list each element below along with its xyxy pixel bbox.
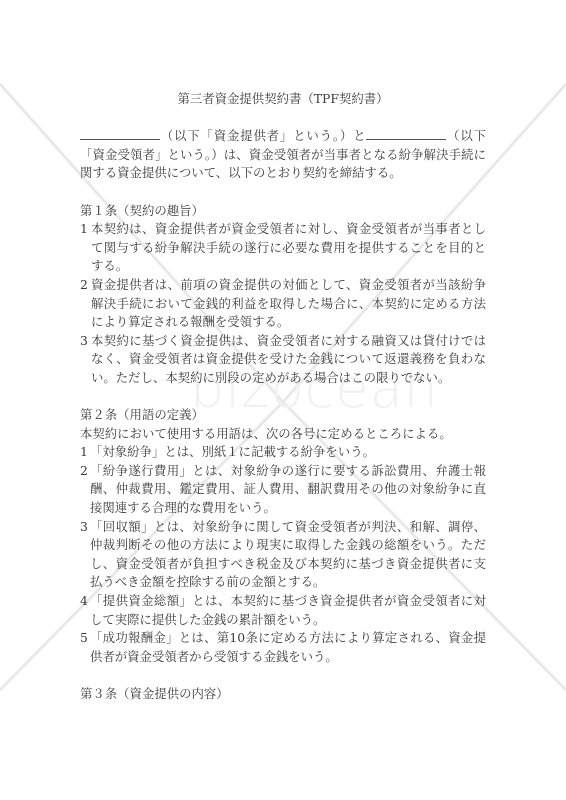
intro-text-1: （以下「資金提供者」という。）と <box>160 128 366 143</box>
item-text: 「紛争遂行費用」とは、対象紛争の遂行に要する訴訟費用、弁護士報酬、仲裁費用、鑑定… <box>90 462 486 518</box>
article-heading: 第２条（用語の定義） <box>80 406 486 425</box>
document-title: 第三者資金提供契約書（TPF契約書） <box>80 90 486 109</box>
item-text: 資金提供者は、前項の資金提供の対価として、資金受領者が当該紛争解決手続において金… <box>91 276 486 332</box>
intro-paragraph: （以下「資金提供者」という。）と（以下「資金受領者」という。）は、資金受領者が当… <box>80 127 486 183</box>
definition-item: 4 「提供資金総額」とは、本契約に基づき資金提供者が資金受領者に対して実際に提供… <box>80 592 486 629</box>
item-text: 「提供資金総額」とは、本契約に基づき資金提供者が資金受領者に対して実際に提供した… <box>90 592 486 629</box>
definition-item: 3 「回収額」とは、対象紛争に関して資金受領者が判決、和解、調停、仲裁判断その他… <box>80 518 486 592</box>
document-page: 第三者資金提供契約書（TPF契約書） （以下「資金提供者」という。）と（以下「資… <box>80 90 486 722</box>
definition-item: 5 「成功報酬金」とは、第10条に定める方法により算定される、資金提供者が資金受… <box>80 629 486 666</box>
article-1: 第１条（契約の趣旨） 1 本契約は、資金提供者が資金受領者に対し、資金受領者が当… <box>80 202 486 388</box>
article-item: 2 資金提供者は、前項の資金提供の対価として、資金受領者が当該紛争解決手続におい… <box>80 276 486 332</box>
article-3: 第３条（資金提供の内容） <box>80 685 486 704</box>
item-text: 「成功報酬金」とは、第10条に定める方法により算定される、資金提供者が資金受領者… <box>90 629 486 666</box>
item-number: 1 <box>80 220 91 276</box>
article-item: 1 本契約は、資金提供者が資金受領者に対し、資金受領者が当事者として関与する紛争… <box>80 220 486 276</box>
item-text: 本契約に基づく資金提供は、資金受領者に対する融資又は貸付けではなく、資金受領者は… <box>91 332 486 388</box>
item-text: 「対象紛争」とは、別紙１に記載する紛争をいう。 <box>90 443 486 462</box>
recipient-name-blank[interactable] <box>366 127 446 140</box>
definition-item: 1 「対象紛争」とは、別紙１に記載する紛争をいう。 <box>80 443 486 462</box>
item-number: 3 <box>80 332 91 388</box>
item-text: 「回収額」とは、対象紛争に関して資金受領者が判決、和解、調停、仲裁判断その他の方… <box>90 518 486 592</box>
article-item: 3 本契約に基づく資金提供は、資金受領者に対する融資又は貸付けではなく、資金受領… <box>80 332 486 388</box>
item-text: 本契約は、資金提供者が資金受領者に対し、資金受領者が当事者として関与する紛争解決… <box>91 220 486 276</box>
article-2: 第２条（用語の定義） 本契約において使用する用語は、次の各号に定めるところによる… <box>80 406 486 666</box>
article-heading: 第３条（資金提供の内容） <box>80 685 486 704</box>
article-lead: 本契約において使用する用語は、次の各号に定めるところによる。 <box>80 425 486 444</box>
item-number: 2 <box>80 276 91 332</box>
definition-item: 2 「紛争遂行費用」とは、対象紛争の遂行に要する訴訟費用、弁護士報酬、仲裁費用、… <box>80 462 486 518</box>
article-heading: 第１条（契約の趣旨） <box>80 202 486 221</box>
provider-name-blank[interactable] <box>80 127 160 140</box>
